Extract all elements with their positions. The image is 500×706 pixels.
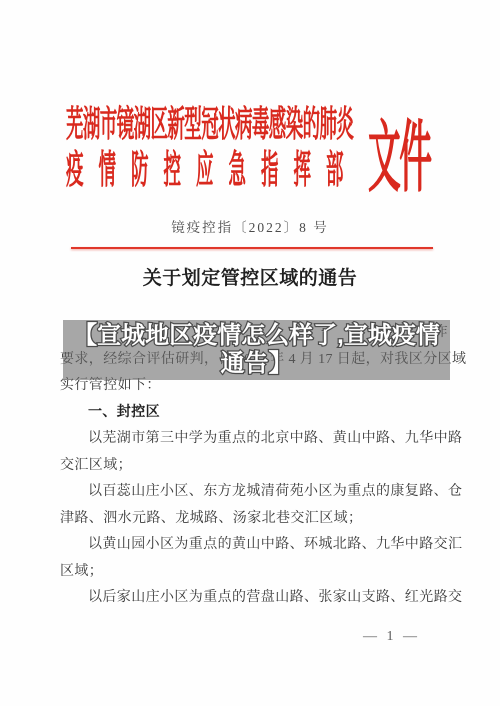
scanned-document-page: 芜湖市镜湖区新型冠状病毒感染的肺炎 疫情防控应急指挥部 文件 镜疫控指〔2022… (0, 0, 500, 706)
body-line: 津路、泗水元路、龙城路、汤家北巷交汇区域； (60, 506, 448, 533)
document-title: 关于划定管控区域的通告 (0, 263, 500, 290)
red-separator-rule (71, 247, 433, 249)
document-number: 镜疫控指〔2022〕8 号 (0, 216, 500, 236)
page-number: — 1 — (363, 629, 420, 645)
letterhead-doc-label: 文件 (368, 97, 430, 208)
body-line: 交汇区域； (60, 453, 448, 480)
body-line: 以黄山园小区为重点的黄山中路、环城北路、九华中路交汇 (60, 532, 448, 559)
body-line: 以芜湖市第三中学为重点的北京中路、黄山中路、九华中路 (60, 426, 448, 453)
body-line: 以后家山庄小区为重点的营盘山路、张家山支路、红光路交 (60, 585, 448, 612)
body-line: 以百蕊山庄小区、东方龙城清荷苑小区为重点的康复路、仓 (60, 479, 448, 506)
watermark-text: 【宣城地区疫情怎么样了,宣城疫情通告】 (63, 322, 450, 378)
body-line: 区域； (60, 559, 448, 586)
letterhead-line2: 疫情防控应急指挥部 (66, 140, 358, 196)
body-section-heading: 一、封控区 (60, 400, 448, 427)
